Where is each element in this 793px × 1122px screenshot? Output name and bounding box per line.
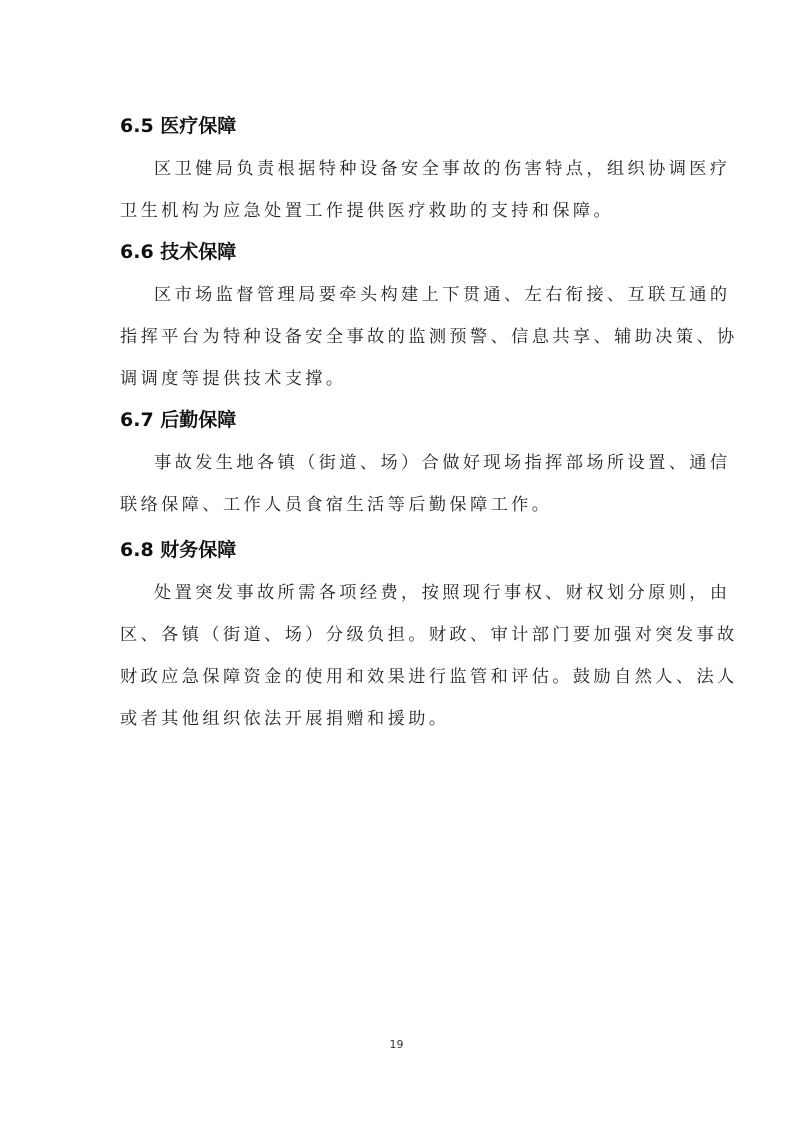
section-heading-6-6: 6.6 技术保障	[120, 240, 236, 264]
paragraph-line: 调调度等提供技术支撑。	[120, 367, 690, 391]
paragraph-line: 事故发生地各镇（街道、场）合做好现场指挥部场所设置、通信	[154, 451, 724, 475]
paragraph-line: 指挥平台为特种设备安全事故的监测预警、信息共享、辅助决策、协	[120, 325, 690, 349]
paragraph-line: 联络保障、工作人员食宿生活等后勤保障工作。	[120, 493, 690, 517]
paragraph-line: 财政应急保障资金的使用和效果进行监管和评估。鼓励自然人、法人	[120, 665, 690, 689]
section-heading-6-5: 6.5 医疗保障	[120, 114, 236, 138]
paragraph-line: 卫生机构为应急处置工作提供医疗救助的支持和保障。	[120, 199, 690, 223]
document-page: 6.5 医疗保障 区卫健局负责根据特种设备安全事故的伤害特点，组织协调医疗 卫生…	[0, 0, 793, 1122]
section-heading-6-7: 6.7 后勤保障	[120, 408, 236, 432]
paragraph-line: 区市场监督管理局要牵头构建上下贯通、左右衔接、互联互通的	[154, 283, 724, 307]
page-number: 19	[0, 1038, 793, 1051]
paragraph-line: 处置突发事故所需各项经费，按照现行事权、财权划分原则，由	[154, 581, 724, 605]
paragraph-line: 区卫健局负责根据特种设备安全事故的伤害特点，组织协调医疗	[154, 157, 724, 181]
paragraph-line: 或者其他组织依法开展捐赠和援助。	[120, 707, 690, 731]
paragraph-line: 区、各镇（街道、场）分级负担。财政、审计部门要加强对突发事故	[120, 623, 690, 647]
section-heading-6-8: 6.8 财务保障	[120, 538, 236, 562]
